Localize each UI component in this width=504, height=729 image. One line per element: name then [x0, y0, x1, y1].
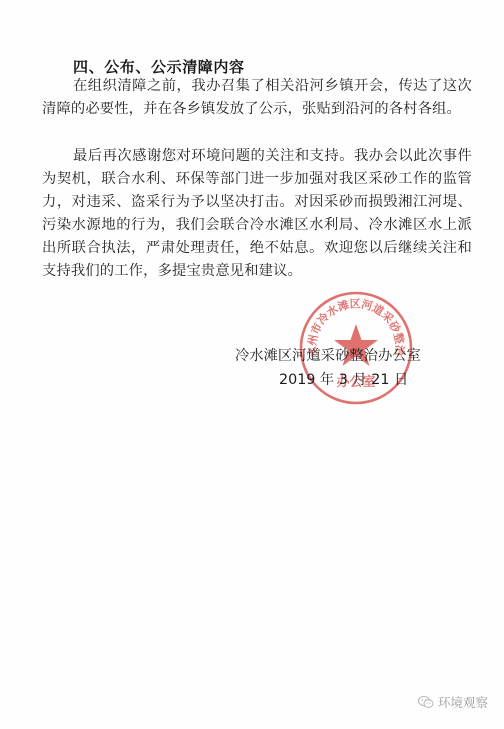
section-heading: 四、公布、公示清障内容 [73, 56, 245, 77]
paragraph-closing-thanks: 最后再次感谢您对环境问题的关注和支持。我办会以此次事件为契机，联合水利、环保等部… [42, 145, 472, 283]
paragraph-clearance-notice: 在组织清障之前，我办召集了相关沿河乡镇开会，传达了这次清障的必要性，并在各乡镇发… [42, 75, 472, 121]
wechat-icon [418, 695, 434, 709]
document-page: 四、公布、公示清障内容 在组织清障之前，我办召集了相关沿河乡镇开会，传达了这次清… [0, 0, 504, 729]
signature-organization: 冷水滩区河道采砂整治办公室 [235, 345, 421, 365]
signature-date: 2019 年 3 月 21 日 [279, 369, 408, 389]
source-watermark: 环境观察 [418, 693, 488, 711]
watermark-label: 环境观察 [438, 693, 488, 711]
